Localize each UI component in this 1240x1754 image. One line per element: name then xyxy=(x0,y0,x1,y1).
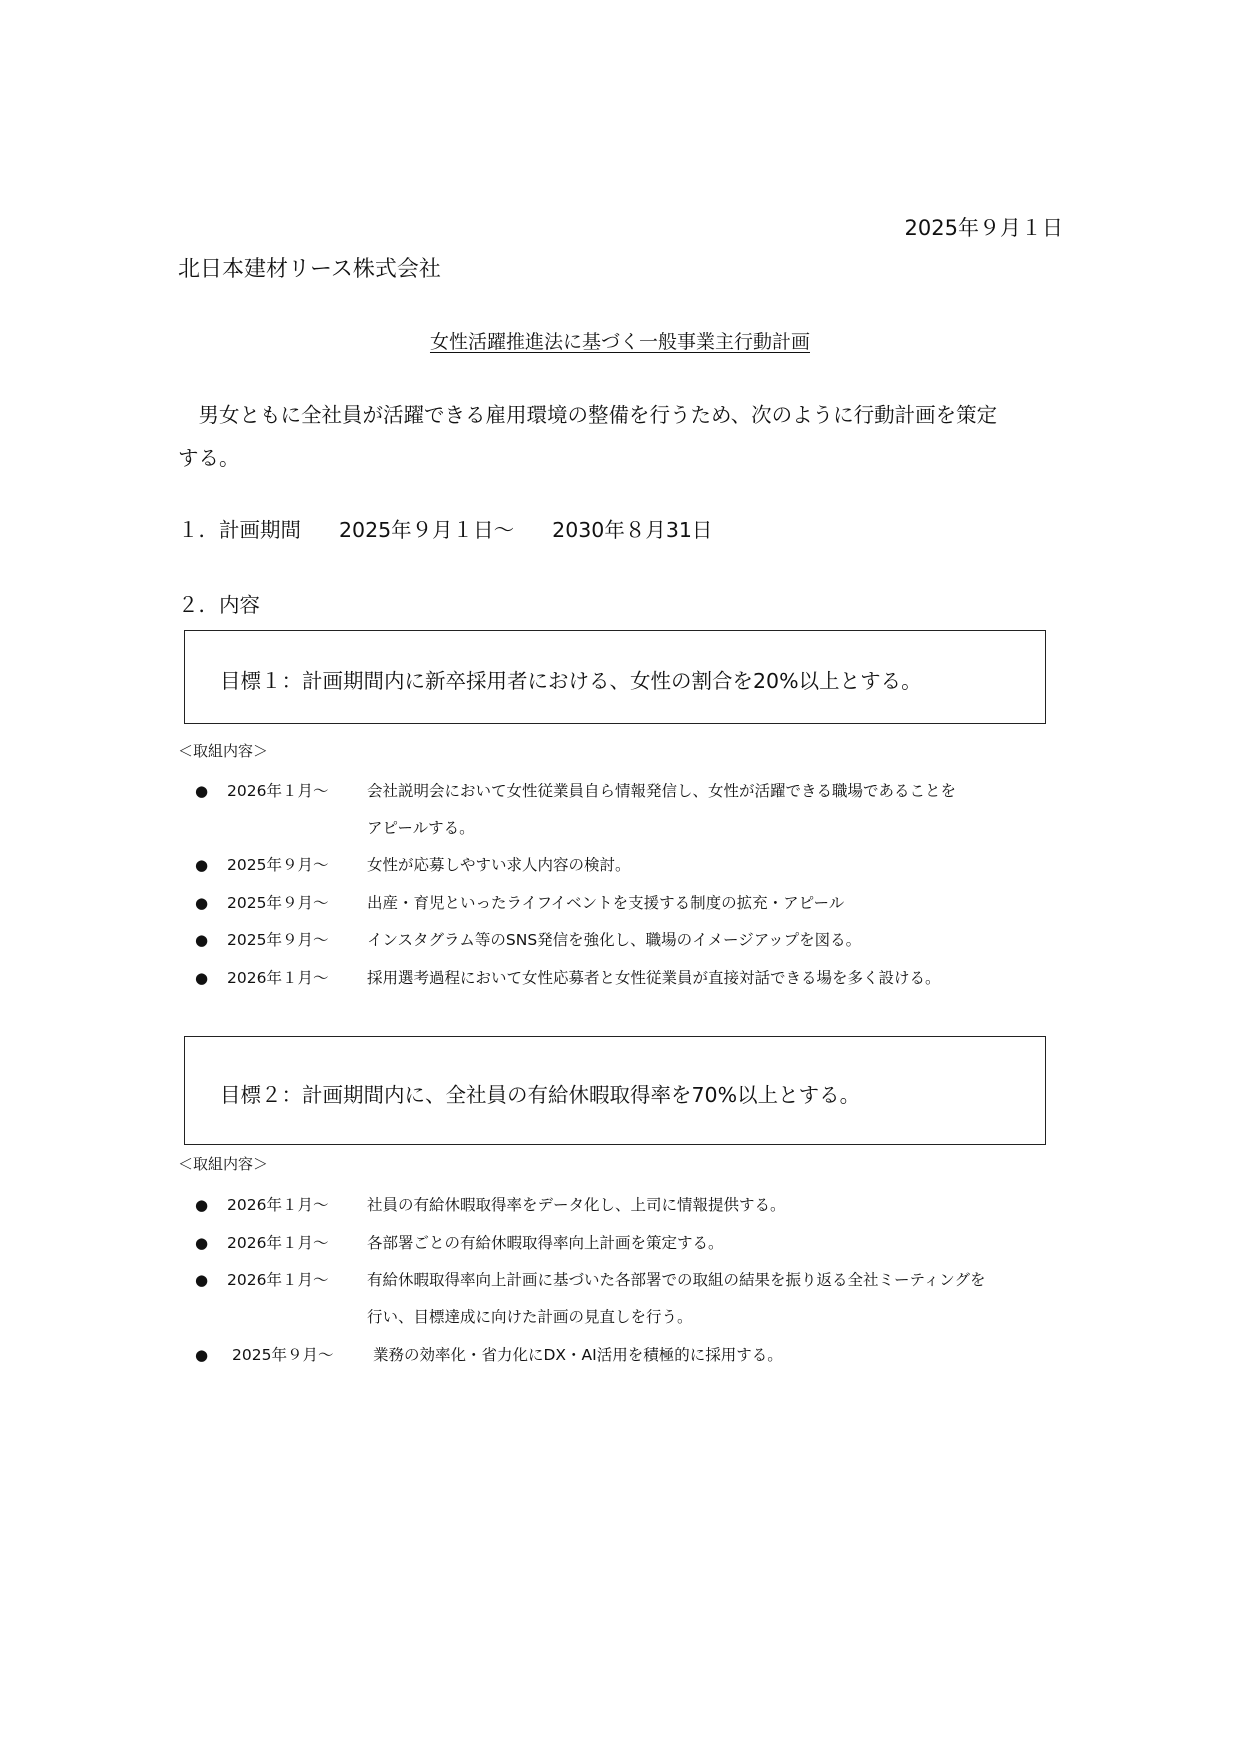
goal-1-text: 目標１：計画期間内に新卒採用者における、女性の割合を20%以上とする。 xyxy=(220,664,922,694)
bullet-icon: ● xyxy=(195,782,227,800)
action-date: 2026年１月～ xyxy=(227,1193,367,1215)
goal-2-box: 目標２：計画期間内に、全社員の有給休暇取得率を70%以上とする。 xyxy=(184,1036,1046,1145)
action-text: 採用選考過程において女性応募者と女性従業員が直接対話できる場を多く設ける。 xyxy=(367,969,941,987)
action-text: 業務の効率化・省力化にDX・AI活用を積極的に採用する。 xyxy=(373,1346,783,1364)
bullet-icon: ● xyxy=(195,1196,227,1214)
action-date: 2026年１月～ xyxy=(227,779,367,801)
intro-text-line1: 男女ともに全社員が活躍できる雇用環境の整備を行うため、次のように行動計画を策定 xyxy=(178,398,997,428)
goal-1-actions-label: ＜取組内容＞ xyxy=(178,740,268,761)
company-name: 北日本建材リース株式会社 xyxy=(178,252,441,283)
bullet-icon: ● xyxy=(195,894,227,912)
action-date: 2025年９月～ xyxy=(227,853,367,875)
plan-period-start: 2025年９月１日～ xyxy=(339,518,514,542)
action-text: 社員の有給休暇取得率をデータ化し、上司に情報提供する。 xyxy=(367,1196,786,1214)
action-item: ●2026年１月～有給休暇取得率向上計画に基づいた各部署での取組の結果を振り返る… xyxy=(195,1268,985,1290)
content-heading: ２．内容 xyxy=(178,588,260,618)
action-text-continued: アピールする。 xyxy=(367,816,475,838)
plan-period-end: 2030年８月31日 xyxy=(552,518,712,542)
action-date: 2025年９月～ xyxy=(227,928,367,950)
action-text: 女性が応募しやすい求人内容の検討。 xyxy=(367,856,631,874)
action-date: 2025年９月～ xyxy=(227,891,367,913)
bullet-icon: ● xyxy=(195,969,227,987)
action-item: ●2025年９月～インスタグラム等のSNS発信を強化し、職場のイメージアップを図… xyxy=(195,928,861,950)
action-text: 出産・育児といったライフイベントを支援する制度の拡充・アピール xyxy=(367,894,844,912)
document-date: 2025年９月１日 xyxy=(905,212,1063,242)
action-text: 各部署ごとの有給休暇取得率向上計画を策定する。 xyxy=(367,1234,724,1252)
action-item: ●2025年９月～女性が応募しやすい求人内容の検討。 xyxy=(195,853,631,875)
action-item: ●2026年１月～各部署ごとの有給休暇取得率向上計画を策定する。 xyxy=(195,1231,724,1253)
action-item: ●2025年９月～業務の効率化・省力化にDX・AI活用を積極的に採用する。 xyxy=(195,1343,783,1365)
intro-text-line2: する。 xyxy=(178,441,240,471)
plan-period: １．計画期間2025年９月１日～2030年８月31日 xyxy=(178,513,712,543)
plan-period-label: １．計画期間 xyxy=(178,518,301,542)
document-title: 女性活躍推進法に基づく一般事業主行動計画 xyxy=(0,327,1240,354)
bullet-icon: ● xyxy=(195,1234,227,1252)
action-text-continued: 行い、目標達成に向けた計画の見直しを行う。 xyxy=(367,1305,693,1327)
action-item: ●2026年１月～採用選考過程において女性応募者と女性従業員が直接対話できる場を… xyxy=(195,966,941,988)
action-item: ●2026年１月～会社説明会において女性従業員自ら情報発信し、女性が活躍できる職… xyxy=(195,779,956,801)
bullet-icon: ● xyxy=(195,856,227,874)
action-text: インスタグラム等のSNS発信を強化し、職場のイメージアップを図る。 xyxy=(367,931,861,949)
bullet-icon: ● xyxy=(195,1271,227,1289)
goal-2-actions-label: ＜取組内容＞ xyxy=(178,1153,268,1174)
action-date: 2025年９月～ xyxy=(227,1343,373,1365)
action-item: ●2026年１月～社員の有給休暇取得率をデータ化し、上司に情報提供する。 xyxy=(195,1193,786,1215)
action-date: 2026年１月～ xyxy=(227,1268,367,1290)
action-date: 2026年１月～ xyxy=(227,966,367,988)
bullet-icon: ● xyxy=(195,1346,227,1364)
goal-1-box: 目標１：計画期間内に新卒採用者における、女性の割合を20%以上とする。 xyxy=(184,630,1046,724)
goal-2-text: 目標２：計画期間内に、全社員の有給休暇取得率を70%以上とする。 xyxy=(220,1078,860,1108)
bullet-icon: ● xyxy=(195,931,227,949)
action-item: ●2025年９月～出産・育児といったライフイベントを支援する制度の拡充・アピール xyxy=(195,891,844,913)
action-text: 有給休暇取得率向上計画に基づいた各部署での取組の結果を振り返る全社ミーティングを xyxy=(367,1271,985,1289)
action-date: 2026年１月～ xyxy=(227,1231,367,1253)
action-text: 会社説明会において女性従業員自ら情報発信し、女性が活躍できる職場であることを xyxy=(367,782,956,800)
